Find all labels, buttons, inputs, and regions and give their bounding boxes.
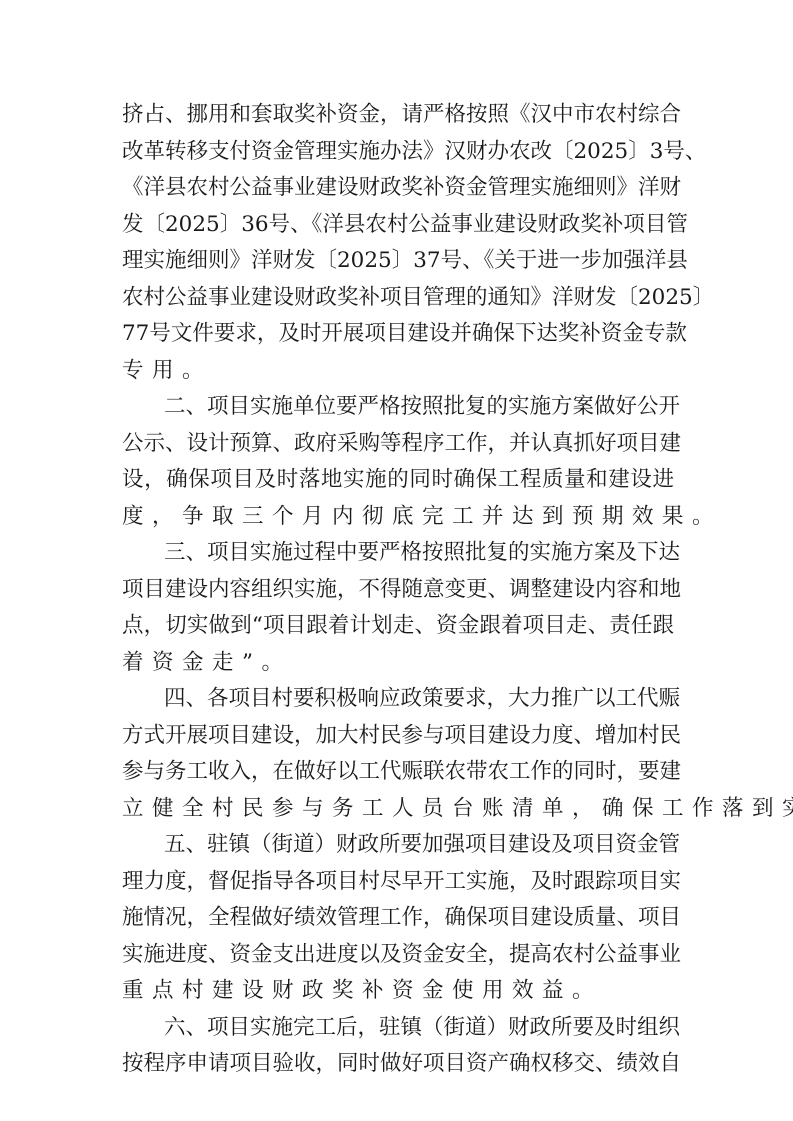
text-line: 重点村建设财政奖补资金使用效益。 xyxy=(122,973,674,1010)
text-line: 六、项目实施完工后，驻镇（街道）财政所要及时组织 xyxy=(122,1010,674,1047)
text-line: 按程序申请项目验收，同时做好项目资产确权移交、绩效自 xyxy=(122,1046,674,1083)
text-line: 《洋县农村公益事业建设财政奖补资金管理实施细则》洋财 xyxy=(122,170,674,207)
text-line: 五、驻镇（街道）财政所要加强项目建设及项目资金管 xyxy=(122,827,674,864)
text-line: 着资金走”。 xyxy=(122,645,674,682)
text-line: 度，争取三个月内彻底完工并达到预期效果。 xyxy=(122,499,674,536)
text-line: 四、各项目村要积极响应政策要求，大力推广以工代赈 xyxy=(122,681,674,718)
text-line: 施情况，全程做好绩效管理工作，确保项目建设质量、项目 xyxy=(122,900,674,937)
text-line: 理实施细则》洋财发〔2025〕37号、《关于进一步加强洋县 xyxy=(122,243,674,280)
text-line: 三、项目实施过程中要严格按照批复的实施方案及下达 xyxy=(122,535,674,572)
text-line: 设，确保项目及时落地实施的同时确保工程质量和建设进 xyxy=(122,462,674,499)
text-line: 发〔2025〕36号、《洋县农村公益事业建设财政奖补项目管 xyxy=(122,207,674,244)
text-line: 方式开展项目建设，加大村民参与项目建设力度、增加村民 xyxy=(122,718,674,755)
paragraph-item-5: 五、驻镇（街道）财政所要加强项目建设及项目资金管 理力度，督促指导各项目村尽早开… xyxy=(122,827,674,1010)
text-line: 理力度，督促指导各项目村尽早开工实施，及时跟踪项目实 xyxy=(122,864,674,901)
document-page: 挤占、挪用和套取奖补资金，请严格按照《汉中市农村综合 改革转移支付资金管理实施办… xyxy=(0,0,793,1121)
text-line: 二、项目实施单位要严格按照批复的实施方案做好公开 xyxy=(122,389,674,426)
text-line: 农村公益事业建设财政奖补项目管理的通知》洋财发〔2025〕 xyxy=(122,280,674,317)
text-line: 挤占、挪用和套取奖补资金，请严格按照《汉中市农村综合 xyxy=(122,97,674,134)
paragraph-item-6: 六、项目实施完工后，驻镇（街道）财政所要及时组织 按程序申请项目验收，同时做好项… xyxy=(122,1010,674,1083)
paragraph-item-4: 四、各项目村要积极响应政策要求，大力推广以工代赈 方式开展项目建设，加大村民参与… xyxy=(122,681,674,827)
text-line: 点，切实做到“项目跟着计划走、资金跟着项目走、责任跟 xyxy=(122,608,674,645)
paragraph-item-2: 二、项目实施单位要严格按照批复的实施方案做好公开 公示、设计预算、政府采购等程序… xyxy=(122,389,674,535)
document-body: 挤占、挪用和套取奖补资金，请严格按照《汉中市农村综合 改革转移支付资金管理实施办… xyxy=(122,97,674,1083)
text-line: 立健全村民参与务工人员台账清单，确保工作落到实处。 xyxy=(122,791,674,828)
text-line: 项目建设内容组织实施，不得随意变更、调整建设内容和地 xyxy=(122,572,674,609)
text-line: 公示、设计预算、政府采购等程序工作，并认真抓好项目建 xyxy=(122,426,674,463)
text-line: 77号文件要求，及时开展项目建设并确保下达奖补资金专款 xyxy=(122,316,674,353)
text-line: 专用。 xyxy=(122,353,674,390)
text-line: 实施进度、资金支出进度以及资金安全，提高农村公益事业 xyxy=(122,937,674,974)
text-line: 改革转移支付资金管理实施办法》汉财办农改〔2025〕3号、 xyxy=(122,134,674,171)
text-line: 参与务工收入，在做好以工代赈联农带农工作的同时，要建 xyxy=(122,754,674,791)
paragraph-continued: 挤占、挪用和套取奖补资金，请严格按照《汉中市农村综合 改革转移支付资金管理实施办… xyxy=(122,97,674,389)
paragraph-item-3: 三、项目实施过程中要严格按照批复的实施方案及下达 项目建设内容组织实施，不得随意… xyxy=(122,535,674,681)
